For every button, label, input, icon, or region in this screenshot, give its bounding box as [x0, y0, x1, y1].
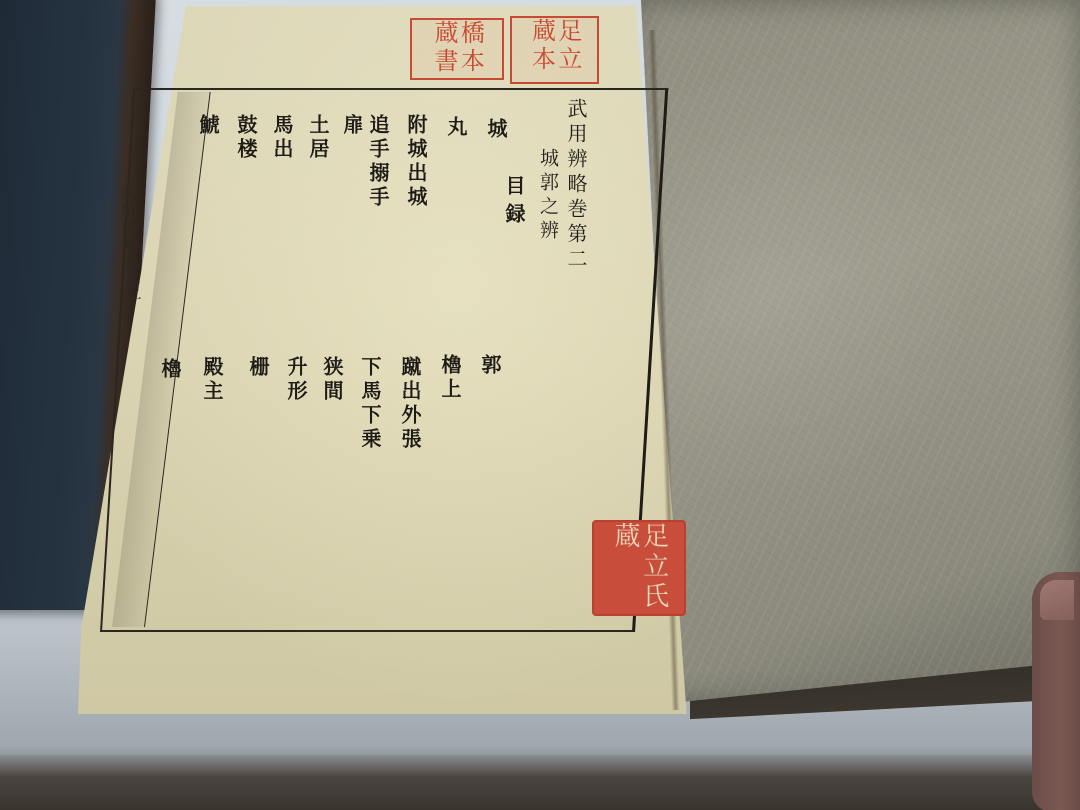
thumbnail-nail: [1040, 580, 1074, 620]
toc-entry: 城: [486, 118, 506, 142]
seal-text: 足立氏蔵: [610, 522, 667, 614]
chapter-title: 城郭之辨: [538, 148, 557, 244]
toc-entry: 下馬下乗: [360, 356, 380, 452]
toc-entry: 鼓楼: [236, 114, 256, 162]
table-edge: [0, 755, 1080, 810]
toc-entry: 櫓: [160, 358, 180, 382]
collector-seal-bottom: 足立氏蔵: [592, 520, 686, 616]
toc-entry: 郭: [480, 354, 500, 378]
section-label: 目録: [504, 175, 524, 231]
toc-entry: 升形: [286, 356, 306, 404]
toc-entry: 鯱: [198, 114, 218, 138]
toc-entry: 殿主: [202, 356, 222, 404]
toc-entry: 櫓上: [440, 354, 460, 402]
toc-entry: 扉: [342, 114, 362, 138]
toc-entry: 附城出城: [406, 114, 426, 210]
collector-seal-hashimoto: 橋本蔵書: [410, 18, 504, 80]
toc-entry: 蹴出外張: [400, 356, 420, 452]
toc-entry: 狭間: [322, 356, 342, 404]
blank-right-page: [632, 0, 1080, 705]
collector-seal-top-right: 足立蔵本: [510, 16, 599, 84]
toc-entry: 追手搦手: [368, 114, 388, 210]
seal-text: 足立蔵本: [528, 18, 581, 82]
toc-entry: 馬出: [272, 114, 292, 162]
toc-entry: 丸: [446, 116, 466, 140]
toc-entry: 土居: [308, 114, 328, 162]
seal-text: 橋本蔵書: [431, 20, 484, 78]
toc-entry: 栅: [248, 356, 268, 380]
book-title: 武用辨略巻第二: [566, 98, 586, 273]
